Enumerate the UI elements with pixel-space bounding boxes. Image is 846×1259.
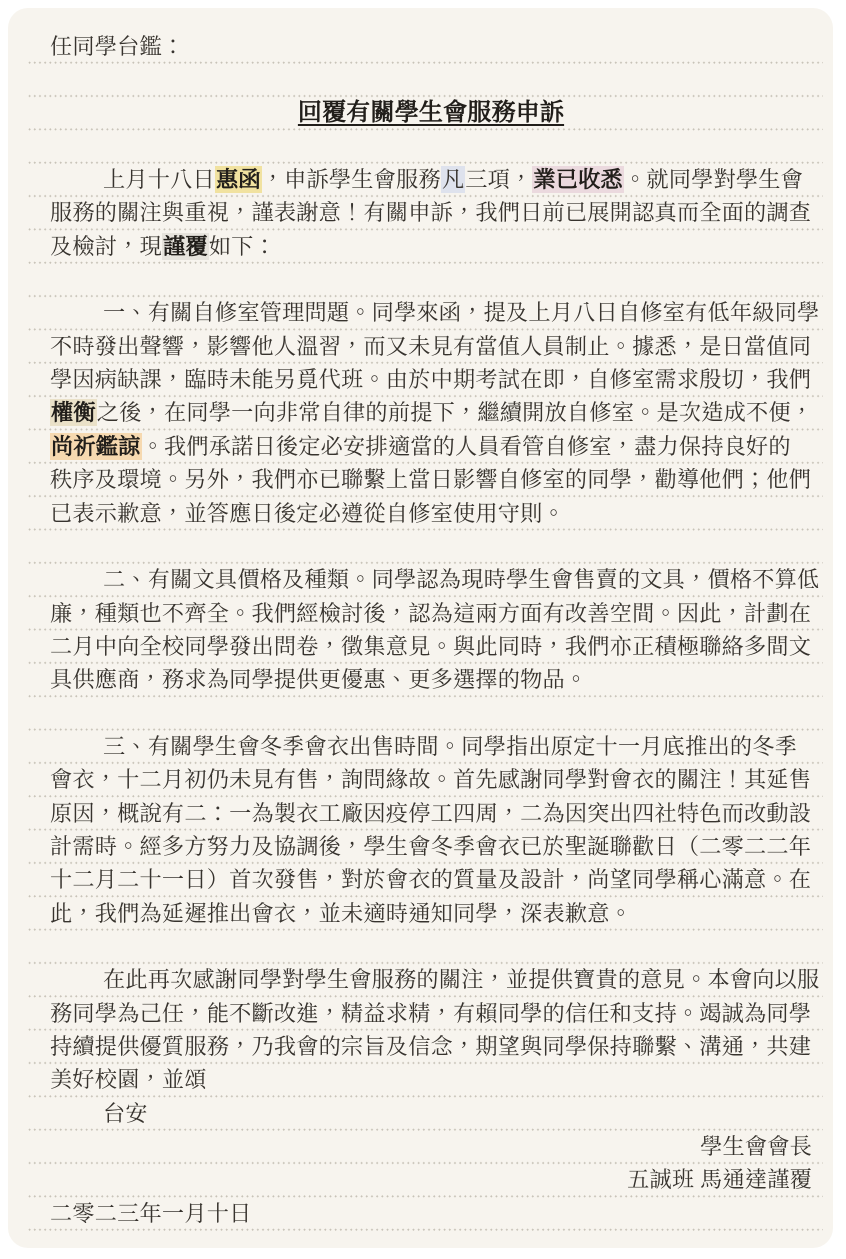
highlighted-term: 尚祈鑑諒: [50, 433, 142, 460]
signature-role: 學生會會長: [50, 1130, 812, 1163]
text-line: 會衣，十二月初仍未見有售，詢問緣故。首先感謝同學對會衣的關注！其延售: [50, 763, 812, 796]
text-line: 秩序及環境。另外，我們亦已聯繫上當日影響自修室的同學，勸導他們；他們: [50, 463, 812, 496]
text-segment: 十二月二十一日）首次發售，對於會衣的質量及設計，尚望同學稱心滿意。在: [50, 867, 811, 892]
text-segment: 服務的關注與重視，謹表謝意！有關申訴，我們日前已展開認真而全面的調查: [50, 200, 811, 225]
text-segment: 學生會會長: [700, 1134, 812, 1159]
text-segment: 台安: [103, 1101, 148, 1126]
text-segment: 秩序及環境。另外，我們亦已聯繫上當日影響自修室的同學，勸導他們；他們: [50, 467, 811, 492]
salutation: 任同學台鑑：: [50, 30, 812, 63]
text-segment: 二零二三年一月十日: [50, 1201, 252, 1226]
text-line: 權衡之後，在同學一向非常自律的前提下，繼續開放自修室。是次造成不便，: [50, 396, 812, 429]
text-segment: 。我們承諾日後定必安排適當的人員看管自修室，盡力保持良好的: [142, 434, 791, 459]
closing-salute: 台安: [50, 1097, 812, 1130]
highlighted-term: 凡: [441, 166, 465, 193]
text-line: 十二月二十一日）首次發售，對於會衣的質量及設計，尚望同學稱心滿意。在: [50, 863, 812, 896]
text-segment: 美好校園，並頌: [50, 1067, 207, 1092]
text-line: 原因，概說有二：一為製衣工廠因疫停工四周，二為因突出四社特色而改動設: [50, 797, 812, 830]
letter-date: 二零二三年一月十日: [50, 1197, 812, 1230]
text-segment: 廉，種類也不齊全。我們經檢討後，認為這兩方面有改善空間。因此，計劃在: [50, 601, 811, 626]
letter-title: 回覆有關學生會服務申訴: [50, 96, 812, 129]
text-segment: 已表示歉意，並答應日後定必遵從自修室使用守則。: [50, 501, 565, 526]
text-segment: 五誠班 馬通達謹覆: [627, 1167, 812, 1192]
text-segment: 三項，: [465, 167, 532, 192]
text-segment: 務同學為己任，能不斷改進，精益求精，有賴同學的信任和支持。竭誠為同學: [50, 1001, 811, 1026]
text-line: 三、有關學生會冬季會衣出售時間。同學指出原定十一月底推出的冬季: [50, 730, 812, 763]
text-line: 上月十八日惠函，申訴學生會服務凡三項，業已收悉。就同學對學生會: [50, 163, 812, 196]
text-segment: 二、有關文具價格及種類。同學認為現時學生會售賣的文具，價格不算低: [103, 567, 819, 592]
text-segment: 。就同學對學生會: [624, 167, 803, 192]
highlighted-term: 業已收悉: [532, 166, 624, 193]
highlighted-term: 惠函: [215, 166, 262, 193]
text-segment: 原因，概說有二：一為製衣工廠因疫停工四周，二為因突出四社特色而改動設: [50, 801, 811, 826]
text-segment: 計需時。經多方努力及協調後，學生會冬季會衣已於聖誕聯歡日（二零二二年: [50, 834, 811, 859]
text-segment: 二月中向全校同學發出問卷，徵集意見。與此同時，我們亦正積極聯絡多間文: [50, 634, 811, 659]
text-line: 已表示歉意，並答應日後定必遵從自修室使用守則。: [50, 497, 812, 530]
text-segment: 三、有關學生會冬季會衣出售時間。同學指出原定十一月底推出的冬季: [103, 734, 797, 759]
text-line: 及檢討，現謹覆如下：: [50, 230, 812, 263]
text-line: 此，我們為延遲推出會衣，並未適時通知同學，深表歉意。: [50, 897, 812, 930]
text-line: 務同學為己任，能不斷改進，精益求精，有賴同學的信任和支持。竭誠為同學: [50, 997, 812, 1030]
text-segment: 不時發出聲響，影響他人溫習，而又未見有當值人員制止。據悉，是日當值同: [50, 334, 811, 359]
blank-line: [50, 930, 812, 963]
text-segment: 上月十八日: [103, 167, 215, 192]
text-segment: 回覆有關學生會服務申訴: [298, 100, 564, 126]
text-segment: 此，我們為延遲推出會衣，並未適時通知同學，深表歉意。: [50, 901, 632, 926]
blank-line: [50, 263, 812, 296]
text-segment: 學因病缺課，臨時未能另覓代班。由於中期考試在即，自修室需求殷切，我們: [50, 367, 811, 392]
blank-line: [50, 530, 812, 563]
text-segment: 及檢討，現: [50, 234, 162, 259]
text-line: 計需時。經多方努力及協調後，學生會冬季會衣已於聖誕聯歡日（二零二二年: [50, 830, 812, 863]
text-segment: 在此再次感謝同學對學生會服務的關注，並提供寶貴的意見。本會向以服: [103, 967, 819, 992]
text-segment: 任同學台鑑：: [50, 34, 184, 59]
text-line: 在此再次感謝同學對學生會服務的關注，並提供寶貴的意見。本會向以服: [50, 963, 812, 996]
text-segment: 具供應商，務求為同學提供更優惠、更多選擇的物品。: [50, 667, 587, 692]
text-line: 二月中向全校同學發出問卷，徵集意見。與此同時，我們亦正積極聯絡多間文: [50, 630, 812, 663]
text-line: 不時發出聲響，影響他人溫習，而又未見有當值人員制止。據悉，是日當值同: [50, 330, 812, 363]
text-segment: 一、有關自修室管理問題。同學來函，提及上月八日自修室有低年級同學: [103, 300, 819, 325]
text-line: 美好校園，並頌: [50, 1063, 812, 1096]
blank-line: [50, 63, 812, 96]
text-line: 廉，種類也不齊全。我們經檢討後，認為這兩方面有改善空間。因此，計劃在: [50, 597, 812, 630]
text-segment: 如下：: [209, 234, 276, 259]
highlighted-term: 謹覆: [162, 233, 209, 260]
text-line: 學因病缺課，臨時未能另覓代班。由於中期考試在即，自修室需求殷切，我們: [50, 363, 812, 396]
text-line: 具供應商，務求為同學提供更優惠、更多選擇的物品。: [50, 663, 812, 696]
text-line: 一、有關自修室管理問題。同學來函，提及上月八日自修室有低年級同學: [50, 296, 812, 329]
blank-line: [50, 697, 812, 730]
text-segment: 會衣，十二月初仍未見有售，詢問緣故。首先感謝同學對會衣的關注！其延售: [50, 767, 811, 792]
text-segment: 之後，在同學一向非常自律的前提下，繼續開放自修室。是次造成不便，: [97, 400, 813, 425]
highlighted-term: 權衡: [50, 399, 97, 426]
signature-name: 五誠班 馬通達謹覆: [50, 1163, 812, 1196]
text-line: 持續提供優質服務，乃我會的宗旨及信念，期望與同學保持聯繫、溝通，共建: [50, 1030, 812, 1063]
letter-sheet: 任同學台鑑：回覆有關學生會服務申訴上月十八日惠函，申訴學生會服務凡三項，業已收悉…: [8, 8, 833, 1248]
text-segment: 持續提供優質服務，乃我會的宗旨及信念，期望與同學保持聯繫、溝通，共建: [50, 1034, 811, 1059]
text-segment: ，申訴學生會服務: [262, 167, 441, 192]
text-line: 尚祈鑑諒。我們承諾日後定必安排適當的人員看管自修室，盡力保持良好的: [50, 430, 812, 463]
letter-body: 任同學台鑑：回覆有關學生會服務申訴上月十八日惠函，申訴學生會服務凡三項，業已收悉…: [50, 30, 812, 1230]
blank-line: [50, 130, 812, 163]
text-line: 服務的關注與重視，謹表謝意！有關申訴，我們日前已展開認真而全面的調查: [50, 196, 812, 229]
text-line: 二、有關文具價格及種類。同學認為現時學生會售賣的文具，價格不算低: [50, 563, 812, 596]
